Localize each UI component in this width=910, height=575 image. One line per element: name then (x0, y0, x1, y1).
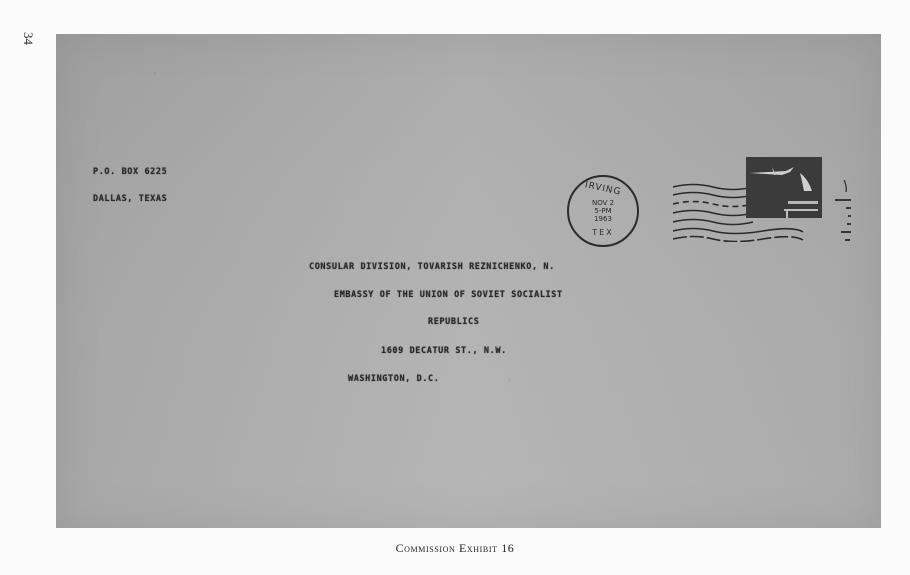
exhibit-caption: Commission Exhibit 16 (0, 541, 910, 556)
recipient-line-4: 1609 DECATUR ST., N.W. (381, 346, 507, 356)
postmark-date: NOV 2 (569, 199, 637, 207)
airmail-stamp-icon (746, 157, 822, 218)
return-address-line-1: P.O. BOX 6225 (93, 167, 167, 177)
recipient-line-5: WASHINGTON, D.C. (348, 374, 439, 384)
recipient-line-3: REPUBLICS (428, 317, 479, 327)
recipient-line-1: CONSULAR DIVISION, TOVARISH REZNICHENKO,… (309, 262, 555, 272)
postmark-city: IRVING (569, 177, 638, 201)
recipient-line-2: EMBASSY OF THE UNION OF SOVIET SOCIALIST (334, 290, 563, 300)
postmark-state: TEX (569, 229, 637, 237)
postmark-year: 1963 (569, 215, 637, 223)
postmark-icon: IRVING NOV 2 5-PM 1963 TEX (567, 175, 639, 247)
airplane-capitol-icon (746, 157, 822, 218)
postmark-time: 5-PM (569, 207, 637, 215)
page-number: 34 (20, 32, 36, 45)
return-address-line-2: DALLAS, TEXAS (93, 194, 167, 204)
envelope-photo: P.O. BOX 6225 DALLAS, TEXAS IRVING NOV 2… (56, 34, 881, 528)
